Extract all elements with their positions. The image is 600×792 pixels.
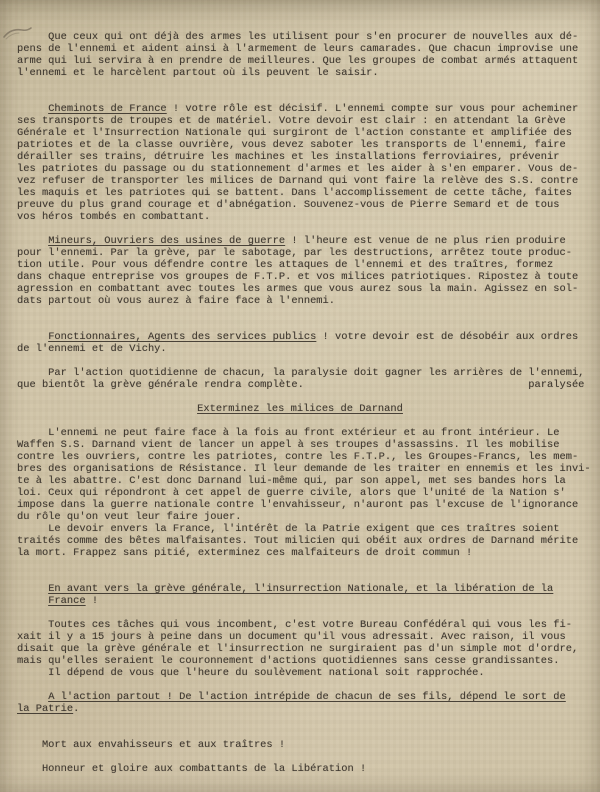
typescript-line: Mort aux envahisseurs et aux traîtres !	[17, 739, 600, 751]
blank-line	[17, 727, 600, 739]
typescript-line: patriotes et de la classe ouvrière, vous…	[17, 139, 600, 151]
paragraph-armes: Que ceux qui ont déjà des armes les util…	[17, 31, 600, 79]
blank-line	[17, 355, 600, 367]
typescript-line: pens de l'ennemi et aident ainsi à l'arm…	[17, 43, 600, 55]
typescript-line: Que ceux qui ont déjà des armes les util…	[17, 31, 600, 43]
typescript-line: L'ennemi ne peut faire face à la fois au…	[17, 427, 600, 439]
paragraph-paralysie: Par l'action quotidienne de chacun, la p…	[17, 367, 600, 391]
blank-line	[17, 415, 600, 427]
typescript-line: preuve du plus grand courage et d'abnéga…	[17, 199, 600, 211]
typescript-line: Le devoir envers la France, l'intérêt de…	[17, 523, 600, 535]
typescript-line: vos héros tombés en combattant.	[17, 211, 600, 223]
paragraph-bureau-confederal: Toutes ces tâches qui vous incombent, c'…	[17, 619, 600, 679]
blank-line	[17, 391, 600, 403]
typescript-line: xait il y a 15 jours à peine dans un doc…	[17, 631, 600, 643]
blank-line	[17, 223, 600, 235]
typescript-line: les maquis et les patriotes qui se batte…	[17, 187, 600, 199]
typescript-line: pour l'ennemi. Par la grève, par le sabo…	[17, 247, 600, 259]
typescript-line: Générale et l'Insurrection Nationale qui…	[17, 127, 600, 139]
typescript-line: impose dans la guerre nationale contre l…	[17, 499, 600, 511]
typescript: Que ceux qui ont déjà des armes les util…	[17, 31, 600, 775]
paragraph-mineurs: Mineurs, Ouvriers des usines de guerre !…	[17, 235, 600, 307]
typescript-line: arme qui lui servira à en prendre de mei…	[17, 55, 600, 67]
blank-line	[17, 571, 600, 583]
document-page: Que ceux qui ont déjà des armes les util…	[0, 0, 600, 792]
typescript-line: Honneur et gloire aux combattants de la …	[17, 763, 600, 775]
heading-action-partout: A l'action partout ! De l'action intrépi…	[17, 691, 600, 715]
typescript-line: contre les ouvriers, contre les patriote…	[17, 451, 600, 463]
typescript-line: de l'ennemi et de Vichy.	[17, 343, 600, 355]
typescript-line: bres des organisations de Résistance. Il…	[17, 463, 600, 475]
blank-line	[17, 607, 600, 619]
blank-line	[17, 91, 600, 103]
paragraph-fonctionnaires: Fonctionnaires, Agents des services publ…	[17, 331, 600, 355]
blank-line	[17, 715, 600, 727]
typescript-line: En avant vers la grève générale, l'insur…	[17, 583, 600, 595]
blank-line	[17, 559, 600, 571]
typescript-line: Toutes ces tâches qui vous incombent, c'…	[17, 619, 600, 631]
typescript-line: dérailler ses trains, détruire les machi…	[17, 151, 600, 163]
typescript-line: Exterminez les milices de Darnand	[17, 403, 600, 415]
typescript-line: Cheminots de France ! votre rôle est déc…	[17, 103, 600, 115]
typescript-line: Il dépend de vous que l'heure du soulève…	[17, 667, 600, 679]
paragraph-darnand: L'ennemi ne peut faire face à la fois au…	[17, 427, 600, 559]
typescript-line: dans chaque entreprise vos groupes de F.…	[17, 271, 600, 283]
typescript-line: Waffen S.S. Darnand vient de lancer un a…	[17, 439, 600, 451]
typescript-line: Fonctionnaires, Agents des services publ…	[17, 331, 600, 343]
typescript-line: les patriotes du passage ou du stationne…	[17, 163, 600, 175]
typescript-line: ses transports de troupes et de matériel…	[17, 115, 600, 127]
heading-exterminez: Exterminez les milices de Darnand	[17, 403, 600, 415]
blank-line	[17, 751, 600, 763]
typescript-line: dats partout où vous aurez à faire face …	[17, 295, 600, 307]
typescript-line: Par l'action quotidienne de chacun, la p…	[17, 367, 600, 379]
typescript-line: vez refuser de transporter les milices d…	[17, 175, 600, 187]
typescript-line: tion utile. Pour vous défendre contre le…	[17, 259, 600, 271]
typescript-line: que bientôt la grève générale rendra com…	[17, 379, 600, 391]
paragraph-cheminots: Cheminots de France ! votre rôle est déc…	[17, 103, 600, 223]
typescript-line: la mort. Frappez sans pitié, exterminez …	[17, 547, 600, 559]
blank-line	[17, 307, 600, 319]
typescript-line: mais qu'elles seraient le couronnement d…	[17, 655, 600, 667]
slogan-honneur-et-gloire: Honneur et gloire aux combattants de la …	[17, 763, 600, 775]
typescript-line: traités comme des bêtes malfaisantes. To…	[17, 535, 600, 547]
typescript-line: loi. Ceux qui répondront à cet appel de …	[17, 487, 600, 499]
typescript-line: disait que la grève générale et l'insurr…	[17, 643, 600, 655]
typescript-line: France !	[17, 595, 600, 607]
typescript-line: te à les abattre. C'est donc Darnand lui…	[17, 475, 600, 487]
blank-line	[17, 319, 600, 331]
typescript-line: A l'action partout ! De l'action intrépi…	[17, 691, 600, 703]
typescript-line: la Patrie.	[17, 703, 600, 715]
heading-greve-generale: En avant vers la grève générale, l'insur…	[17, 583, 600, 607]
blank-line	[17, 79, 600, 91]
slogan-mort-aux-envahisseurs: Mort aux envahisseurs et aux traîtres !	[17, 739, 600, 751]
typescript-line: l'ennemi et le harcèlent partout où ils …	[17, 67, 600, 79]
typescript-line: du rôle qu'on veut leur faire jouer.	[17, 511, 600, 523]
typescript-line: agression en combattant avec toutes les …	[17, 283, 600, 295]
typescript-line: Mineurs, Ouvriers des usines de guerre !…	[17, 235, 600, 247]
blank-line	[17, 679, 600, 691]
